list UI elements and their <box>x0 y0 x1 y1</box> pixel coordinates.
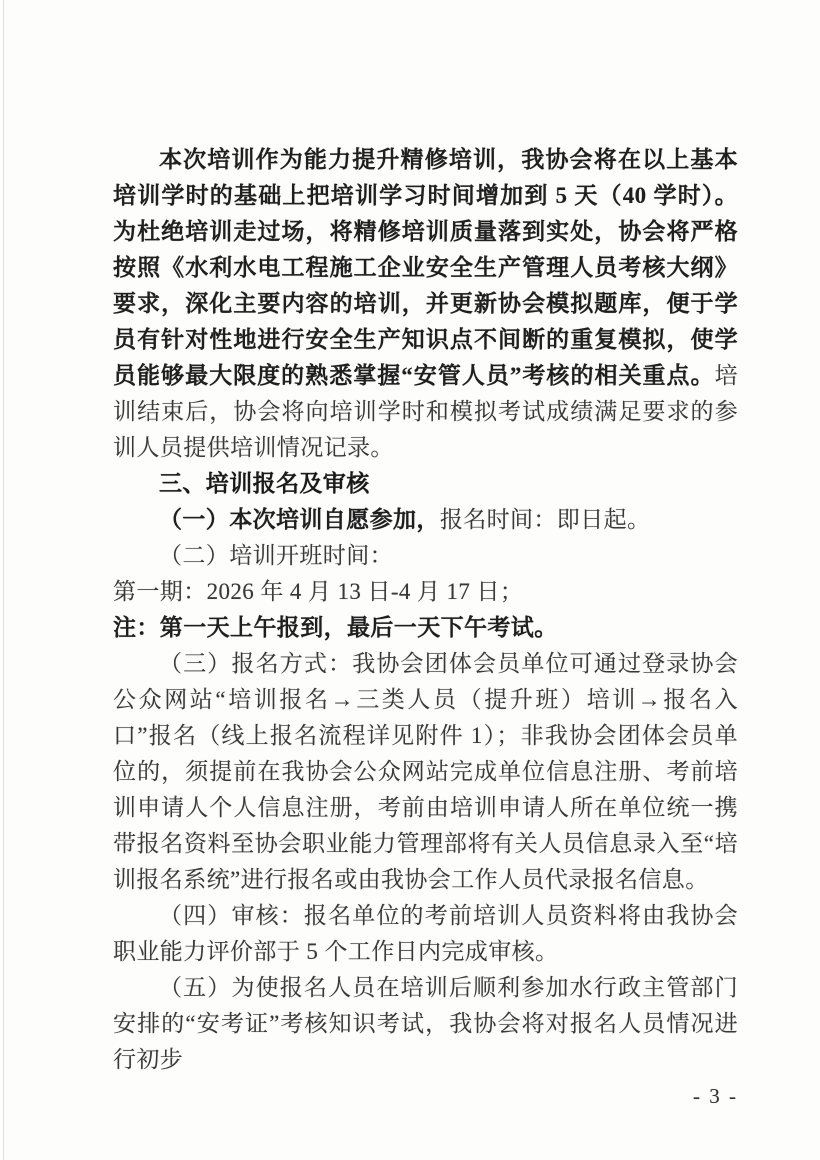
document-page: 本次培训作为能力提升精修培训，我协会将在以上基本培训学时的基础上把培训学习时间增… <box>0 0 820 1160</box>
item-three-registration-method: （三）报名方式：我协会团体会员单位可通过登录协会公众网站“培训报名→三类人员（提… <box>113 646 738 898</box>
session-one-dates: 第一期：2026 年 4 月 13 日-4 月 17 日； <box>113 574 738 610</box>
item-two-class-start-time: （二）培训开班时间： <box>113 538 738 574</box>
section-heading-registration-review: 三、培训报名及审核 <box>113 466 738 502</box>
paragraph-training-intensive-bold-run: 本次培训作为能力提升精修培训，我协会将在以上基本培训学时的基础上把培训学习时间增… <box>113 147 738 388</box>
item-one-voluntary: （一）本次培训自愿参加，报名时间：即日起。 <box>113 502 738 538</box>
item-one-regular-run: 报名时间：即日起。 <box>440 507 651 532</box>
item-four-review: （四）审核：报名单位的考前培训人员资料将由我协会职业能力评价部于 5 个工作日内… <box>113 898 738 970</box>
paragraph-training-intensive: 本次培训作为能力提升精修培训，我协会将在以上基本培训学时的基础上把培训学习时间增… <box>113 142 738 466</box>
document-body: 本次培训作为能力提升精修培训，我协会将在以上基本培训学时的基础上把培训学习时间增… <box>113 142 738 1114</box>
scan-edge-artifact <box>3 0 4 1160</box>
note-schedule: 注：第一天上午报到，最后一天下午考试。 <box>113 610 738 646</box>
item-five-exam-prep: （五）为使报名人员在培训后顺利参加水行政主管部门安排的“安考证”考核知识考试，我… <box>113 970 738 1078</box>
item-one-bold-run: （一）本次培训自愿参加， <box>159 507 440 532</box>
page-number: - 3 - <box>113 1078 738 1114</box>
